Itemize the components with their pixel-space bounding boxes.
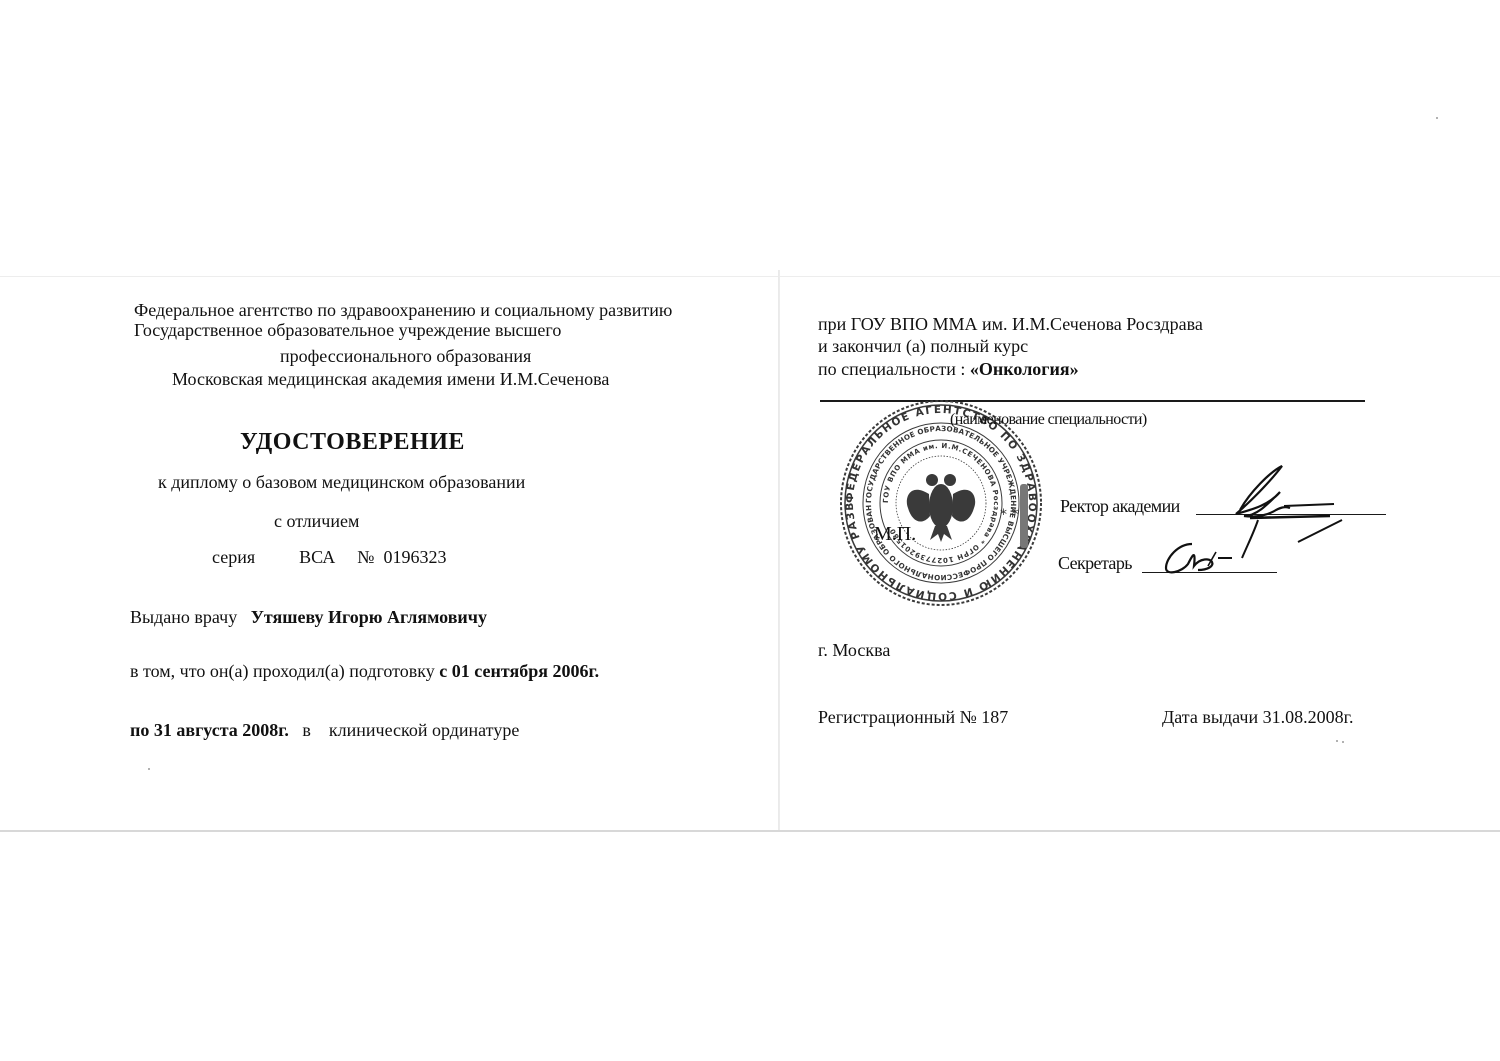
- paper-speck: [1342, 741, 1344, 743]
- number-value: 0196323: [383, 547, 446, 567]
- specialty-value: «Онкология»: [970, 359, 1079, 379]
- issued-to-row: Выдано врачу Утяшеву Игорю Аглямовичу: [130, 607, 487, 627]
- issue-date: 31.08.2008г.: [1263, 707, 1354, 727]
- sheet-top-edge: [0, 276, 1500, 277]
- specialty-caption: (наименование специальности): [950, 410, 1147, 430]
- training-end-row: по 31 августа 2008г. в клинической ордин…: [130, 720, 519, 740]
- honors-label: с отличием: [274, 511, 359, 531]
- registration-number: 187: [981, 707, 1008, 727]
- stamp-place-label: М.П.: [874, 524, 916, 544]
- specialty-label: по специальности :: [818, 359, 965, 379]
- number-label: №: [357, 547, 374, 567]
- series-number-row: серияВСА№ 0196323: [212, 547, 446, 567]
- svg-text:* *: * *: [1000, 507, 1018, 523]
- document-title: УДОСТОВЕРЕНИЕ: [240, 428, 465, 456]
- recipient-name: Утяшеву Игорю Аглямовичу: [251, 607, 487, 627]
- issue-date-label: Дата выдачи: [1162, 707, 1258, 727]
- secretary-label: Секретарь: [1058, 553, 1132, 573]
- city: г. Москва: [818, 640, 890, 660]
- training-in: в: [302, 720, 311, 740]
- institution-line: при ГОУ ВПО ММА им. И.М.Сеченова Росздра…: [818, 314, 1203, 334]
- training-text: в том, что он(а) проходил(а) подготовку: [130, 661, 435, 681]
- series-value: ВСА: [299, 547, 335, 567]
- paper-speck: [1436, 117, 1438, 119]
- completed-line: и закончил (а) полный курс: [818, 336, 1028, 356]
- training-row: в том, что он(а) проходил(а) подготовку …: [130, 661, 599, 681]
- eagle-emblem-icon: [907, 474, 975, 542]
- rector-label: Ректор академии: [1060, 496, 1180, 516]
- training-end-date: по 31 августа 2008г.: [130, 720, 289, 740]
- sheet-bottom-edge: [0, 830, 1500, 832]
- issue-date-row: Дата выдачи 31.08.2008г.: [1162, 707, 1353, 727]
- registration-row: Регистрационный № 187: [818, 707, 1008, 727]
- header-line-agency: Федеральное агентство по здравоохранению…: [134, 300, 672, 320]
- paper-speck: [148, 768, 150, 770]
- document-subtitle: к диплому о базовом медицинском образова…: [158, 472, 525, 492]
- training-program: клинической ординатуре: [329, 720, 519, 740]
- secretary-signature-icon: [1158, 536, 1238, 580]
- paper-speck: [1336, 740, 1338, 742]
- header-line-academy: Московская медицинская академия имени И.…: [172, 369, 609, 389]
- fold-line: [778, 270, 780, 830]
- registration-label: Регистрационный №: [818, 707, 977, 727]
- issued-to-label: Выдано врачу: [130, 607, 237, 627]
- training-start-date: с 01 сентября 2006г.: [439, 661, 599, 681]
- header-line-education: профессионального образования: [280, 346, 531, 366]
- header-line-institution-type: Государственное образовательное учрежден…: [134, 320, 561, 340]
- series-label: серия: [212, 547, 255, 567]
- specialty-row: по специальности : «Онкология»: [818, 359, 1079, 379]
